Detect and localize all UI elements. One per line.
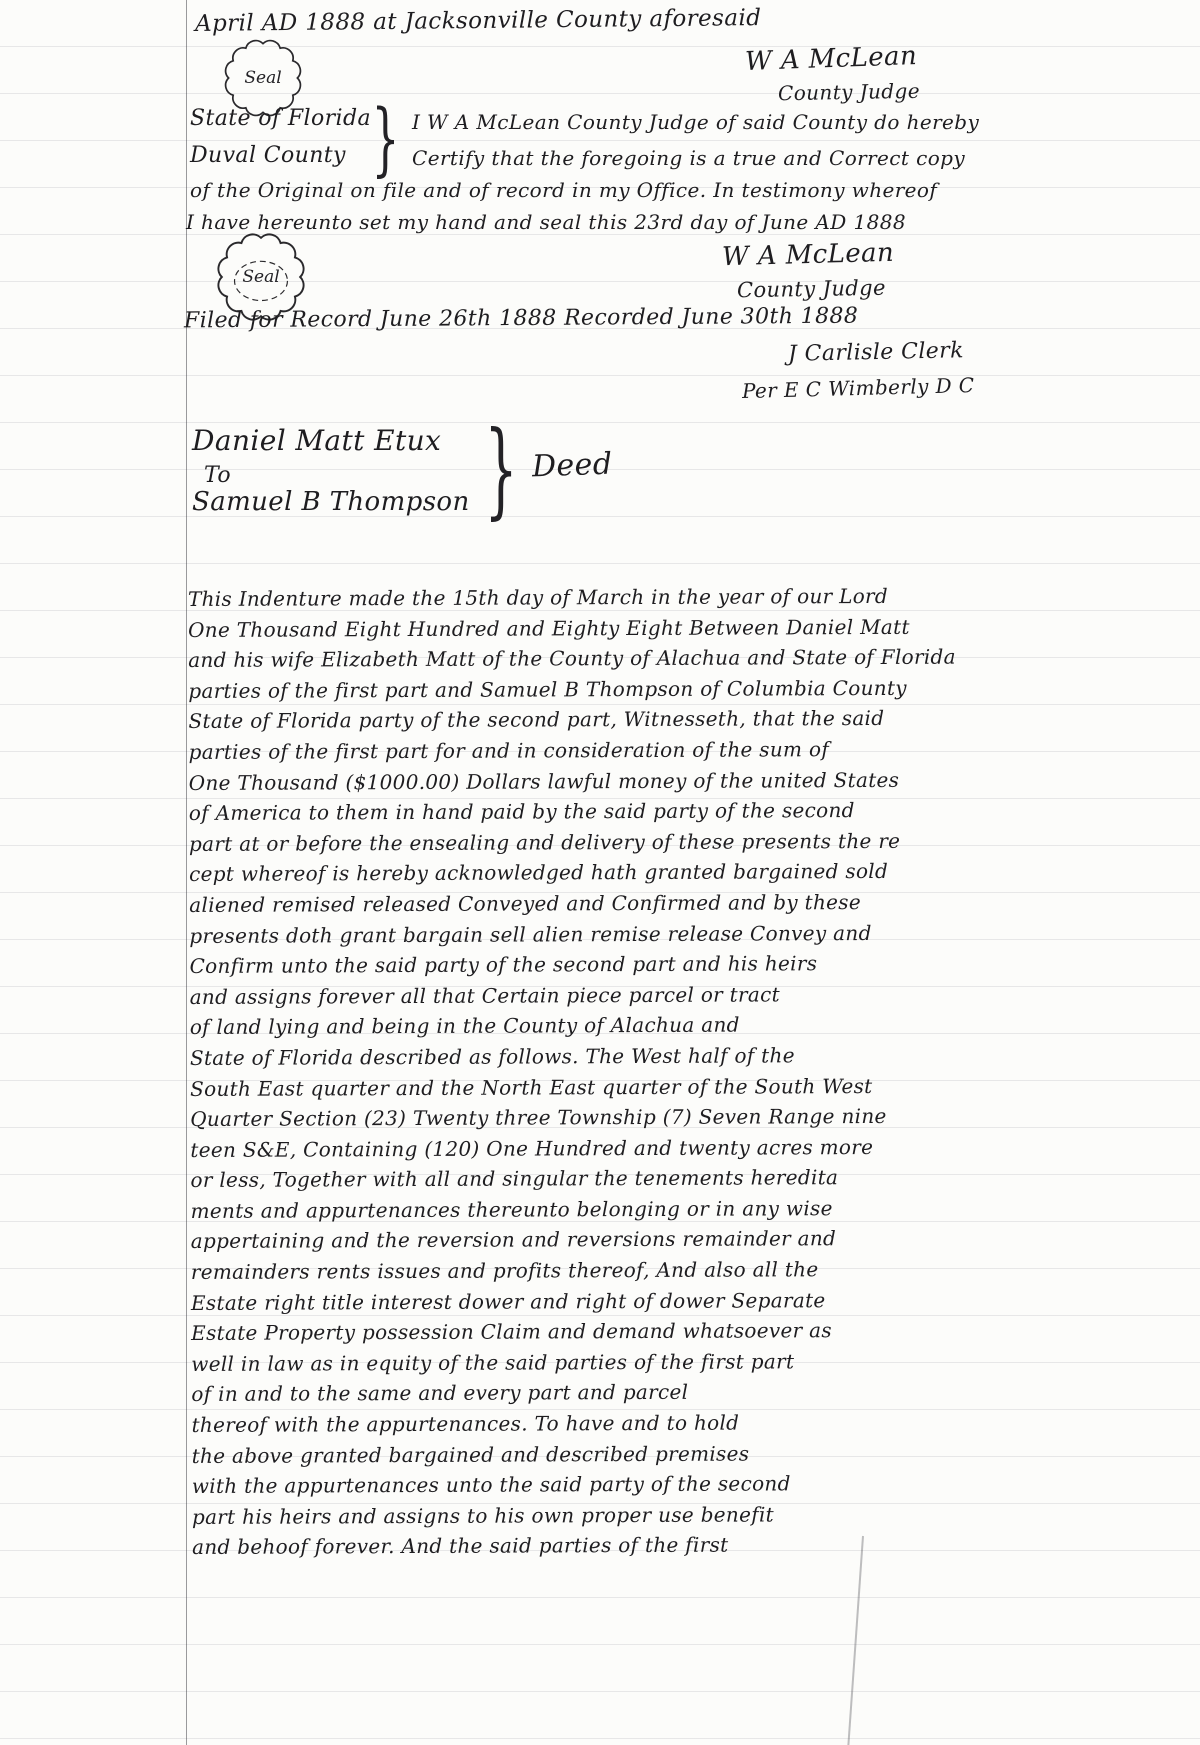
deed-body-line: part at or before the ensealing and deli… [189,825,1089,860]
deed-body-line: ments and appurtenances thereunto belong… [191,1192,1091,1227]
deed-body-line: Estate Property possession Claim and dem… [191,1314,1091,1349]
attestation-brace: } [371,92,399,185]
deed-body-line: parties of the first part for and in con… [189,733,1089,768]
clerk-signature: J Carlisle Clerk [788,338,964,367]
deed-body-line: remainders rents issues and profits ther… [191,1253,1091,1288]
certification-text-line: Certify that the foregoing is a true and… [412,146,965,170]
deed-body-line: well in law as in equity of the said par… [191,1345,1091,1380]
deed-body-line: presents doth grant bargain sell alien r… [189,917,1089,952]
deed-body-line: of land lying and being in the County of… [190,1008,1090,1043]
deed-record-page: April AD 1888 at Jacksonville County afo… [0,0,1200,1745]
deed-body-line: part his heirs and assigns to his own pr… [192,1498,1092,1533]
grantor-name: Daniel Matt Etux [192,424,441,457]
deed-body-line: One Thousand Eight Hundred and Eighty Ei… [188,611,1088,646]
deed-body-line: Estate right title interest dower and ri… [191,1284,1091,1319]
deed-body-line: with the appurtenances unto the said par… [192,1467,1092,1502]
deed-body-line: and behoof forever. And the said parties… [192,1528,1092,1563]
deed-body-line: and his wife Elizabeth Matt of the Count… [188,641,1088,676]
filing-record-line: Filed for Record June 26th 1888 Recorded… [184,304,858,334]
judge-title: County Judge [737,276,886,303]
deed-body-line: State of Florida described as follows. T… [190,1039,1090,1074]
deed-body-line: of in and to the same and every part and… [191,1375,1091,1410]
deed-body-line: cept whereof is hereby acknowledged hath… [189,855,1089,890]
deed-body-line: Confirm unto the said party of the secon… [189,947,1089,982]
margin-rule-line [186,0,187,1745]
deed-body-line: thereof with the appurtenances. To have … [191,1406,1091,1441]
to-label: To [204,463,231,488]
deed-body-text: This Indenture made the 15th day of Marc… [188,580,1092,1563]
deed-body-line: appertaining and the reversion and rever… [191,1223,1091,1258]
deed-body-line: This Indenture made the 15th day of Marc… [188,580,1088,615]
state-label: State of Florida [190,106,371,131]
instrument-type-label: Deed [531,447,613,485]
deed-body-line: or less, Together with all and singular … [190,1161,1090,1196]
grantee-name: Samuel B Thompson [192,487,470,517]
certification-text-line: I W A McLean County Judge of said County… [412,110,979,134]
deed-body-line: aliened remised released Conveyed and Co… [189,886,1089,921]
deed-body-line: teen S&E, Containing (120) One Hundred a… [190,1131,1090,1166]
deed-body-line: South East quarter and the North East qu… [190,1070,1090,1105]
judge-signature: W A McLean [745,41,918,77]
deputy-clerk-signature: Per E C Wimberly D C [742,373,975,403]
deed-body-line: of America to them in hand paid by the s… [189,794,1089,829]
deed-body-line: and assigns forever all that Certain pie… [190,978,1090,1013]
party-block-brace: } [485,408,518,530]
deed-body-line: One Thousand ($1000.00) Dollars lawful m… [189,764,1089,799]
certification-text-line: of the Original on file and of record in… [190,178,937,202]
judge-signature: W A McLean [722,238,895,272]
county-label: Duval County [190,143,346,168]
scan-crease-line [847,1536,864,1745]
deed-body-line: State of Florida party of the second par… [188,702,1088,737]
deed-body-line: parties of the first part and Samuel B T… [188,672,1088,707]
deed-body-line: the above granted bargained and describe… [192,1437,1092,1472]
deed-body-line: Quarter Section (23) Twenty three Townsh… [190,1100,1090,1135]
judge-title: County Judge [778,79,920,105]
